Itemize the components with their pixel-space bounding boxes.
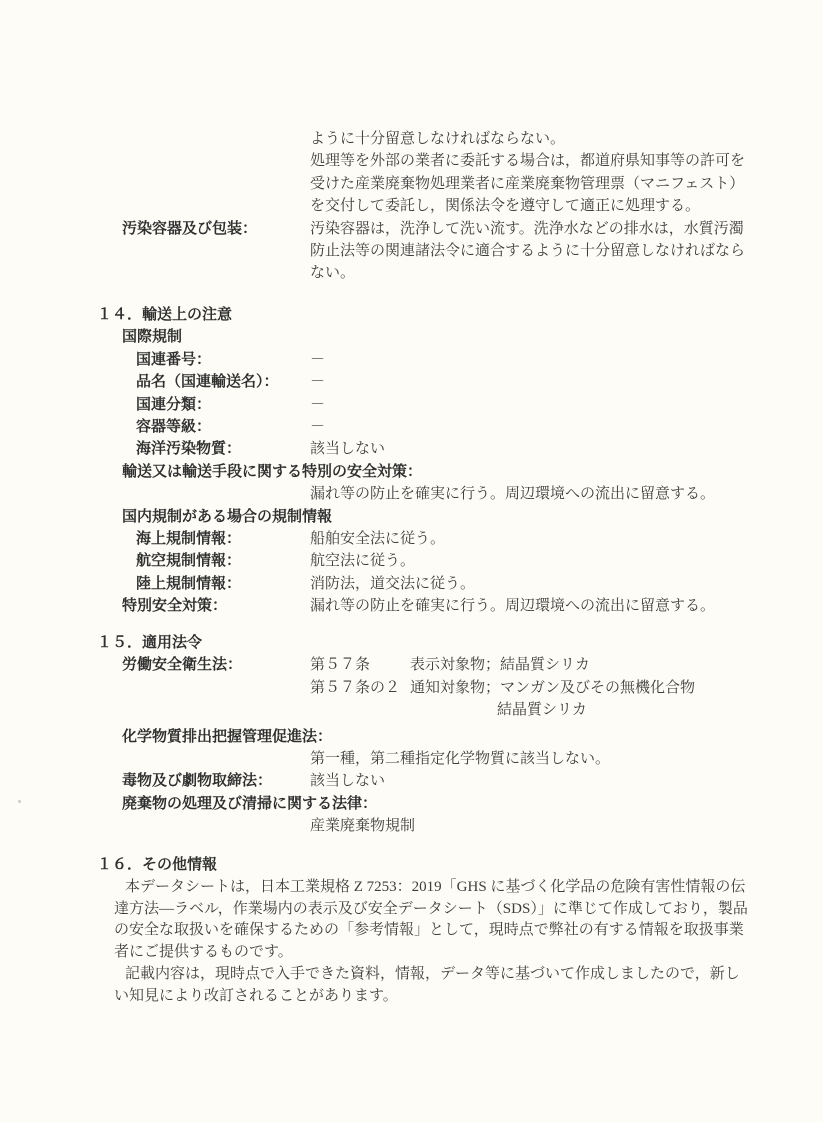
field-row: 国連番号： －: [0, 349, 823, 371]
subsection-heading: 国際規制: [122, 326, 182, 348]
field-row: 汚染容器及び包装： 汚染容器は，洗浄して洗い流す。洗浄水などの排水は，水質汚濁: [0, 218, 823, 240]
field-value: －: [310, 371, 325, 393]
subsection-heading: 国内規制がある場合の規制情報: [122, 506, 332, 528]
sds-document-page: ように十分留意しなければならない。 処理等を外部の業者に委託する場合は，都道府県…: [0, 0, 823, 1122]
paragraph-line: い知見により改訂されることがあります。: [0, 986, 823, 1008]
paragraph-text: 達方法―ラベル，作業場内の表示及び安全データシート（SDS）」に準じて作成してお…: [114, 899, 748, 921]
paragraph-text: 記載内容は，現時点で入手できた資料，情報，データ等に基づいて作成しましたので，新…: [125, 964, 740, 986]
paragraph-line: 本データシートは，日本工業規格 Z 7253：2019「GHS に基づく化学品の…: [0, 877, 823, 899]
field-label: 容器等級：: [136, 416, 211, 438]
field-row: 廃棄物の処理及び清掃に関する法律：: [0, 793, 823, 815]
field-label: 輸送又は輸送手段に関する特別の安全対策：: [122, 461, 422, 483]
scan-speck: [18, 800, 21, 803]
section-title-row: １５．適用法令: [0, 632, 823, 654]
field-label: 毒物及び劇物取締法：: [122, 770, 272, 792]
field-label: 特別安全対策：: [122, 595, 227, 617]
field-value: －: [310, 349, 325, 371]
field-row: 第５７条の２ 通知対象物；マンガン及びその無機化合物: [0, 677, 823, 699]
body-line: 受けた産業廃棄物処理業者に産業廃棄物管理票（マニフェスト）: [0, 173, 823, 195]
body-line: 結晶質シリカ: [0, 699, 823, 721]
section-title-row: １６．その他情報: [0, 855, 823, 877]
field-label: 品名（国連輸送名）：: [136, 371, 279, 393]
field-label: 海上規制情報：: [136, 528, 241, 550]
field-value: 汚染容器は，洗浄して洗い流す。洗浄水などの排水は，水質汚濁: [310, 218, 744, 240]
paragraph-line: 達方法―ラベル，作業場内の表示及び安全データシート（SDS）」に準じて作成してお…: [0, 899, 823, 921]
field-row: 航空規制情報： 航空法に従う。: [0, 550, 823, 572]
field-row: 化学物質排出把握管理促進法：: [0, 726, 823, 748]
paragraph-text: 者にご提供するものです。: [114, 942, 293, 964]
section-title-row: １４．輸送上の注意: [0, 304, 823, 326]
field-value: 第一種，第二種指定化学物質に該当しない。: [310, 748, 610, 770]
field-value: 航空法に従う。: [310, 550, 415, 572]
body-line: 処理等を外部の業者に委託する場合は，都道府県知事等の許可を: [0, 150, 823, 172]
section-14-transport: １４．輸送上の注意 国際規制 国連番号： － 品名（国連輸送名）： － 国連分類…: [0, 304, 823, 617]
article-description: 通知対象物；マンガン及びその無機化合物: [410, 677, 695, 699]
paragraph-line: 者にご提供するものです。: [0, 942, 823, 964]
field-value: 防止法等の関連諸法令に適合するように十分留意しなければなら: [310, 240, 745, 262]
article-number: 第５７条: [310, 654, 370, 676]
article-description-continuation: 結晶質シリカ: [497, 699, 587, 721]
paragraph-text: い知見により改訂されることがあります。: [114, 986, 398, 1008]
body-line: 産業廃棄物規制: [0, 815, 823, 837]
field-label: 汚染容器及び包装：: [122, 218, 257, 240]
field-label: 航空規制情報：: [136, 550, 241, 572]
field-row: 特別安全対策： 漏れ等の防止を確実に行う。周辺環境への流出に留意する。: [0, 595, 823, 617]
paragraph-line: 記載内容は，現時点で入手できた資料，情報，データ等に基づいて作成しましたので，新…: [0, 964, 823, 986]
body-line: を交付して委託し，関係法令を遵守して適正に処理する。: [0, 195, 823, 217]
field-row: 陸上規制情報： 消防法，道交法に従う。: [0, 573, 823, 595]
field-label: 労働安全衛生法：: [122, 654, 242, 676]
field-value: 船舶安全法に従う。: [310, 528, 445, 550]
field-value: 該当しない: [310, 770, 385, 792]
section-13-tail: ように十分留意しなければならない。 処理等を外部の業者に委託する場合は，都道府県…: [0, 128, 823, 285]
field-label: 国連分類：: [136, 394, 211, 416]
section-title: １５．適用法令: [97, 632, 202, 654]
field-row: 毒物及び劇物取締法： 該当しない: [0, 770, 823, 792]
field-row: 海上規制情報： 船舶安全法に従う。: [0, 528, 823, 550]
body-line: ように十分留意しなければならない。: [0, 128, 823, 150]
body-line: 防止法等の関連諸法令に適合するように十分留意しなければなら: [0, 240, 823, 262]
field-value: ない。: [310, 262, 355, 284]
field-row: 輸送又は輸送手段に関する特別の安全対策：: [0, 461, 823, 483]
field-row: 容器等級： －: [0, 416, 823, 438]
continuation-text: ように十分留意しなければならない。: [310, 128, 565, 150]
body-line: 漏れ等の防止を確実に行う。周辺環境への流出に留意する。: [0, 483, 823, 505]
subsection-heading-row: 国際規制: [0, 326, 823, 348]
subsection-heading-row: 国内規制がある場合の規制情報: [0, 506, 823, 528]
paragraph-text: の安全な取扱いを確保するための「参考情報」として，現時点で弊社の有する情報を取扱…: [114, 920, 744, 942]
section-15-regulations: １５．適用法令 労働安全衛生法： 第５７条 表示対象物；結晶質シリカ 第５７条の…: [0, 632, 823, 838]
field-value: －: [310, 394, 325, 416]
section-16-other-info: １６．その他情報 本データシートは，日本工業規格 Z 7253：2019「GHS…: [0, 855, 823, 1008]
field-row: 労働安全衛生法： 第５７条 表示対象物；結晶質シリカ: [0, 654, 823, 676]
body-line: 第一種，第二種指定化学物質に該当しない。: [0, 748, 823, 770]
field-label: 国連番号：: [136, 349, 211, 371]
field-row: 海洋汚染物質： 該当しない: [0, 438, 823, 460]
paragraph-line: の安全な取扱いを確保するための「参考情報」として，現時点で弊社の有する情報を取扱…: [0, 920, 823, 942]
article-description: 表示対象物；結晶質シリカ: [410, 654, 590, 676]
field-value: 産業廃棄物規制: [310, 815, 415, 837]
paragraph-text: 本データシートは，日本工業規格 Z 7253：2019「GHS に基づく化学品の…: [125, 877, 745, 899]
section-title: １６．その他情報: [97, 855, 217, 877]
field-value: 漏れ等の防止を確実に行う。周辺環境への流出に留意する。: [310, 483, 715, 505]
field-label: 陸上規制情報：: [136, 573, 241, 595]
field-value: 漏れ等の防止を確実に行う。周辺環境への流出に留意する。: [310, 595, 715, 617]
article-number: 第５７条の２: [310, 677, 400, 699]
field-row: 品名（国連輸送名）： －: [0, 371, 823, 393]
section-title: １４．輸送上の注意: [97, 304, 232, 326]
field-label: 海洋汚染物質：: [136, 438, 241, 460]
continuation-text: 受けた産業廃棄物処理業者に産業廃棄物管理票（マニフェスト）: [310, 173, 744, 195]
continuation-text: を交付して委託し，関係法令を遵守して適正に処理する。: [310, 195, 700, 217]
field-value: 消防法，道交法に従う。: [310, 573, 475, 595]
field-row: 国連分類： －: [0, 394, 823, 416]
field-label: 廃棄物の処理及び清掃に関する法律：: [122, 793, 377, 815]
body-line: ない。: [0, 262, 823, 284]
field-value: －: [310, 416, 325, 438]
field-value: 該当しない: [310, 438, 385, 460]
field-label: 化学物質排出把握管理促進法：: [122, 726, 332, 748]
continuation-text: 処理等を外部の業者に委託する場合は，都道府県知事等の許可を: [310, 150, 745, 172]
